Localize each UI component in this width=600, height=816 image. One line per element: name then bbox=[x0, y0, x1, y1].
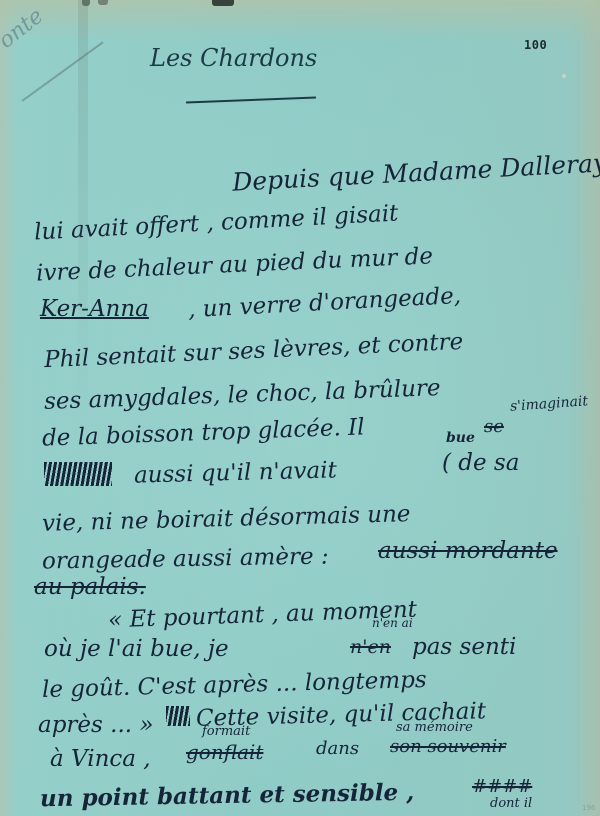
struck-phrase: aussi mordante bbox=[378, 540, 558, 563]
insertion: bue bbox=[446, 430, 475, 446]
archive-mark: 196 bbox=[582, 804, 595, 812]
manuscript-line: à Vinca , bbox=[50, 748, 151, 771]
manuscript-line: Phil sentait sur ses lèvres, et contre bbox=[44, 331, 464, 372]
manuscript-line: où je l'ai bue, je bbox=[44, 638, 229, 661]
paper-speck bbox=[562, 74, 566, 78]
manuscript-line: le goût. C'est après ... longtemps bbox=[42, 669, 427, 702]
manuscript-place-name: Ker-Anna bbox=[40, 298, 149, 321]
manuscript-line: ivre de chaleur au pied du mur de bbox=[36, 245, 434, 285]
manuscript-line: vie, ni ne boirait désormais une bbox=[42, 503, 411, 536]
ink-stain bbox=[82, 0, 90, 6]
struck-phrase: au palais. bbox=[34, 576, 146, 599]
manuscript-line: , un verre d'orangeade, bbox=[188, 285, 462, 322]
ink-stain bbox=[212, 0, 234, 6]
manuscript-line: pas senti bbox=[412, 636, 516, 659]
manuscript-page: onte 100 Les Chardons Depuis que Madame … bbox=[0, 0, 600, 816]
margin-note: onte bbox=[0, 4, 48, 54]
margin-pencil-line bbox=[22, 41, 104, 101]
manuscript-line: Depuis que Madame Dalleray bbox=[232, 150, 600, 195]
title-underline bbox=[186, 97, 316, 104]
manuscript-line: de la boisson trop glacée. Il bbox=[42, 416, 365, 450]
manuscript-line: ( de sa bbox=[442, 452, 519, 475]
manuscript-line: un point battant et sensible , bbox=[40, 781, 415, 811]
insertion: formait bbox=[202, 724, 250, 739]
struck-word: n'en bbox=[350, 638, 391, 657]
page-title: Les Chardons bbox=[150, 44, 317, 72]
manuscript-line: ses amygdales, le choc, la brûlure bbox=[44, 377, 441, 414]
scribbled-word: III bbox=[166, 706, 190, 726]
struck-phrase: son souvenir bbox=[390, 738, 506, 756]
struck-word: #### bbox=[472, 778, 532, 796]
ink-stain bbox=[98, 0, 108, 5]
insertion: s'imaginait bbox=[510, 393, 589, 414]
manuscript-line: après ... » bbox=[38, 714, 153, 737]
insertion: dont il bbox=[490, 796, 532, 811]
struck-word: gonflait bbox=[186, 742, 263, 762]
manuscript-line: dans bbox=[316, 740, 359, 758]
struck-word: se bbox=[484, 418, 504, 436]
manuscript-line: aussi qu'il n'avait bbox=[134, 459, 337, 487]
insertion: n'en ai bbox=[372, 616, 413, 630]
manuscript-line: « Et pourtant , au moment bbox=[108, 599, 418, 633]
manuscript-line: orangeade aussi amère : bbox=[42, 546, 329, 574]
page-number: 100 bbox=[524, 38, 547, 52]
insertion: sa mémoire bbox=[396, 720, 473, 735]
manuscript-line: lui avait offert , comme il gisait bbox=[34, 202, 399, 244]
scribbled-word: XXXX bbox=[44, 462, 112, 486]
